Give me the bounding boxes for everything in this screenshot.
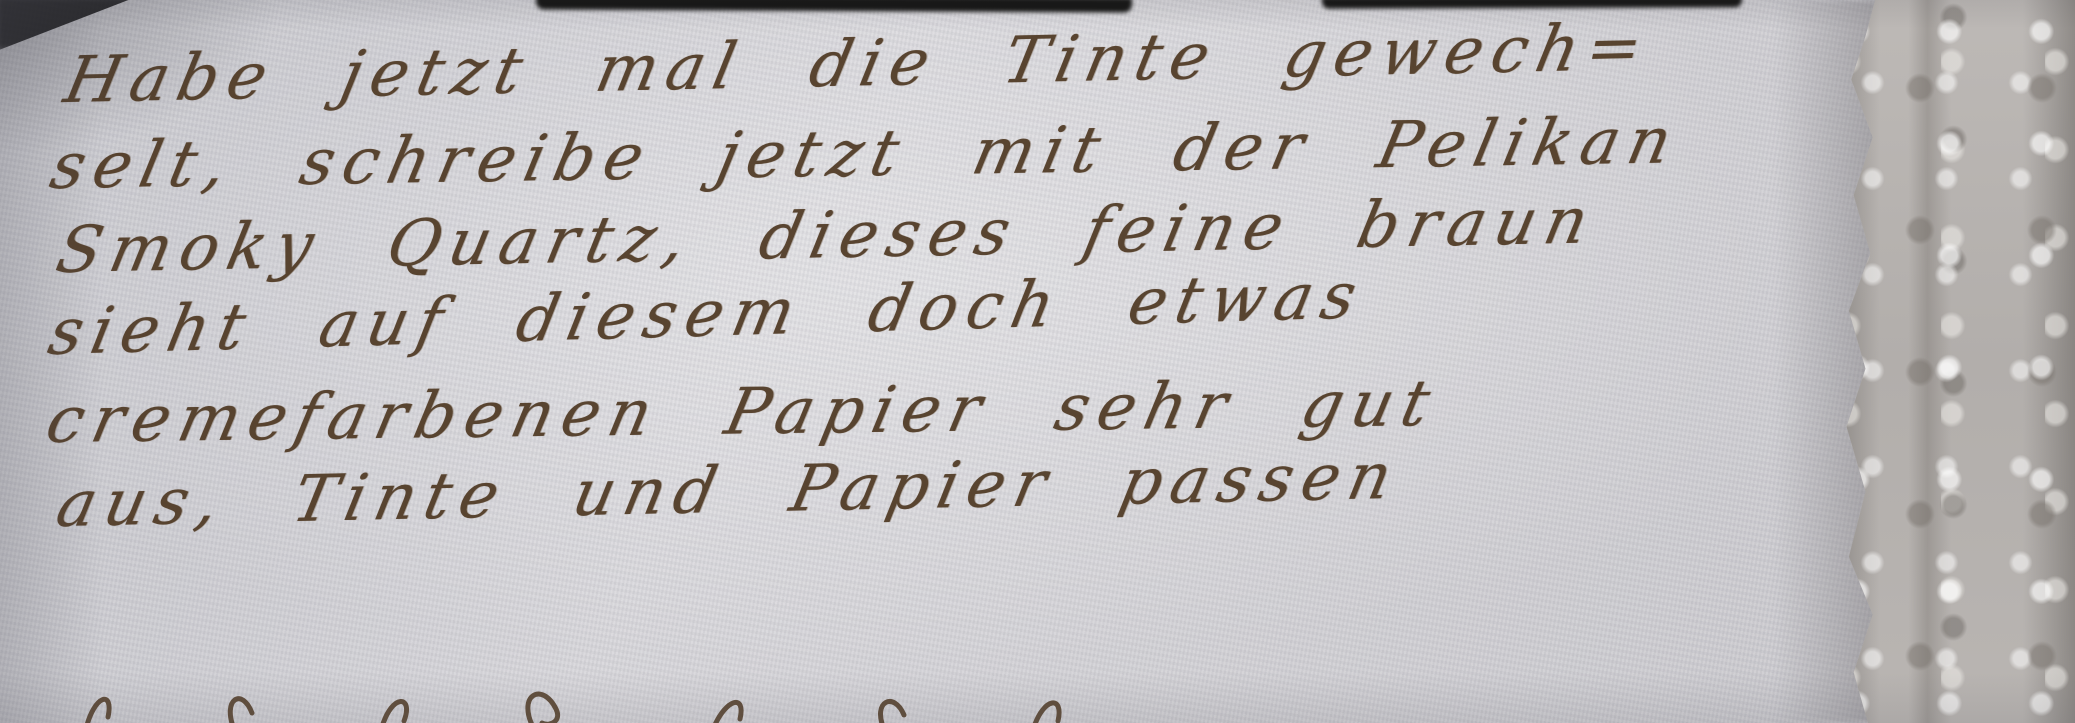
manuscript: Habe jetzt mal die Tinte gewech= selt, s… <box>0 0 2075 723</box>
manuscript-line: Habe jetzt mal die Tinte gewech= <box>58 11 1657 119</box>
photo-of-handwritten-note: Habe jetzt mal die Tinte gewech= selt, s… <box>0 0 2075 723</box>
cutoff-line-strokes <box>64 683 1124 723</box>
